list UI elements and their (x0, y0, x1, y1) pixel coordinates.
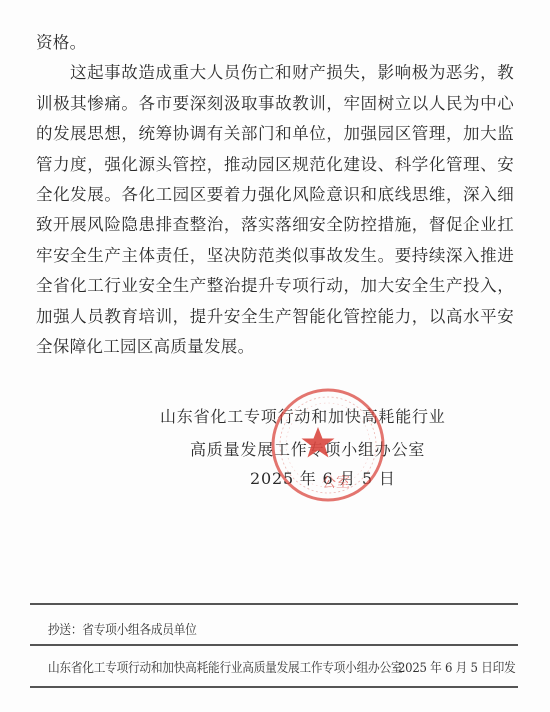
signature-date: 2025 年 6 月 5 日 (250, 466, 396, 489)
footer-divider-top (30, 603, 518, 605)
paragraph-continuation: 资格。 (36, 28, 514, 58)
footer-divider-middle (30, 644, 518, 646)
issue-date: 2025 年 6 月 5 日印发 (398, 657, 515, 676)
document-body: 资格。 这起事故造成重大人员伤亡和财产损失，影响极为恶劣，教训极其惨痛。各市要深… (36, 28, 514, 362)
signature-line-2: 高质量发展工作专项小组办公室 (190, 437, 425, 460)
footer-divider-bottom (30, 686, 518, 688)
cc-recipients: 抄送：省专项小组各成员单位 (48, 619, 197, 638)
paragraph-main: 这起事故造成重大人员伤亡和财产损失，影响极为恶劣，教训极其惨痛。各市要深刻汲取事… (36, 58, 514, 362)
issuing-office: 山东省化工专项行动和加快高耗能行业高质量发展工作专项小组办公室 (48, 657, 402, 676)
signature-line-1: 山东省化工专项行动和加快高耗能行业 (160, 404, 446, 427)
